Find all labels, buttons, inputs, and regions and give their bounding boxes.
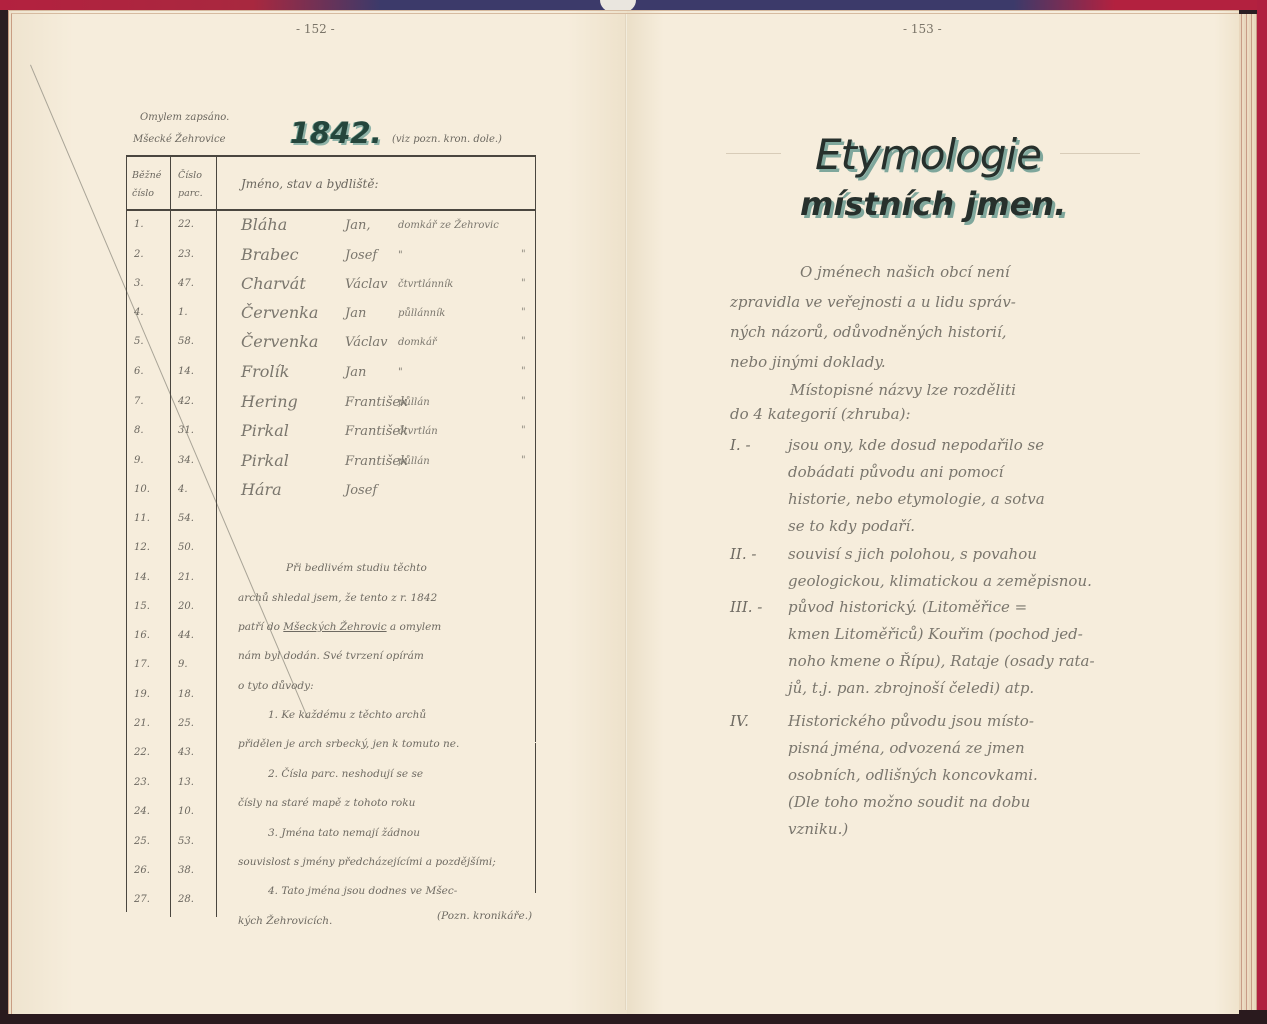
table-row: 6.14.FrolíkJan"" [126,362,536,384]
ditto-mark: " [521,336,526,347]
ditto-mark: " [521,425,526,436]
running-number: 8. [134,425,164,436]
category-line: geologickou, klimatickou a zeměpisnou. [788,572,1092,590]
surname: Bláha [241,215,287,234]
table-row: 5.58.ČervenkaVáclavdomkář" [126,332,536,354]
table-row: 1.22.BláhaJan,domkář ze Žehrovic [126,215,536,237]
intro-line: O jménech našich obcí není [800,263,1010,281]
running-number: 24. [134,806,164,817]
surname: Hára [241,480,282,499]
running-number: 27. [134,894,164,905]
parcel-number: 13. [178,777,208,788]
running-number: 2. [134,249,164,260]
parcel-number: 42. [178,396,208,407]
category-line: se to kdy podaří. [788,517,915,535]
header-running-number: Běžné číslo [132,167,161,203]
category-numeral: IV. [730,712,749,730]
parcel-number: 18. [178,689,208,700]
book-cover-right-edge [1257,0,1267,1024]
given-name: Václav [345,277,387,292]
note-line: kých Žehrovicích. [238,915,332,927]
status: půllán [398,397,430,408]
parcel-number: 58. [178,336,208,347]
underlined-village-name: Mšeckých Žehrovic [283,621,386,633]
category-numeral: III. - [730,598,762,616]
surname: Červenka [241,303,318,322]
surname: Frolík [241,362,289,381]
given-name: Josef [345,483,377,498]
category-line: pisná jména, odvozená ze jmen [788,739,1025,757]
running-number: 19. [134,689,164,700]
status: půllánník [398,308,445,319]
intro-line: Místopisné názvy lze rozděliti [790,381,1016,399]
surname: Pirkal [241,421,289,440]
note-line: 2. Čísla parc. neshodují se se [268,768,423,780]
surname: Hering [241,392,298,411]
note-line: čísly na staré mapě z tohoto roku [238,797,415,809]
running-number: 23. [134,777,164,788]
running-number: 25. [134,836,164,847]
parcel-number: 53. [178,836,208,847]
parcel-number: 20. [178,601,208,612]
header-parcel-number: Číslo parc. [178,167,203,203]
note-line: o tyto důvody: [238,680,314,692]
parcel-number: 50. [178,542,208,553]
parcel-number: 28. [178,894,208,905]
ditto-mark: " [521,278,526,289]
surname: Červenka [241,332,318,351]
table-row: 12.50. [126,538,536,560]
note-line: souvislost s jmény předcházejícími a poz… [238,856,496,868]
running-number: 26. [134,865,164,876]
table-row: 11.54. [126,509,536,531]
intro-line: ných názorů, odůvodněných historií, [730,323,1007,341]
status: čtvrtlán [398,426,438,437]
category-line: noho kmene o Řípu), Rataje (osady rata- [788,652,1095,670]
parcel-number: 14. [178,366,208,377]
table-row: 10.4.HáraJosef [126,480,536,502]
status: domkář ze Žehrovic [398,220,499,231]
parcel-number: 31. [178,425,208,436]
note-line: přidělen je arch srbecký, jen k tomuto n… [238,738,459,750]
note-line: nám byl dodán. Své tvrzení opírám [238,650,424,662]
parcel-number: 4. [178,484,208,495]
note-line: 1. Ke každému z těchto archů [268,709,426,721]
category-line: jsou ony, kde dosud nepodařilo se [788,436,1044,454]
parcel-number: 43. [178,747,208,758]
parcel-number: 34. [178,455,208,466]
category-line: souvisí s jich polohou, s povahou [788,545,1037,563]
surname: Brabec [241,245,299,264]
category-line: Historického původu jsou místo- [788,712,1034,730]
table-row: 19.18. [126,685,536,707]
table-row: 3.47.CharvátVáclavčtvrtlánník" [126,274,536,296]
table-row: 9.34.PirkalFrantišekpůllán" [126,451,536,473]
intro-line: do 4 kategorií (zhruba): [730,405,911,423]
page-subtitle: místních jmen. [800,185,1066,223]
parcel-number: 44. [178,630,208,641]
status: " [398,367,403,378]
ditto-mark: " [521,366,526,377]
parcel-number: 47. [178,278,208,289]
category-line: vzniku.) [788,820,848,838]
left-page-number: - 152 - [296,22,335,36]
running-number: 10. [134,484,164,495]
running-number: 3. [134,278,164,289]
note-line: archů shledal jsem, že tento z r. 1842 [238,592,437,604]
status: domkář [398,337,437,348]
running-number: 4. [134,307,164,318]
running-number: 14. [134,572,164,583]
category-line: jů, t.j. pan. zbrojnoší čeledi) atp. [788,679,1034,697]
category-line: původ historický. (Litoměřice = [788,598,1027,616]
table-row: 8.31.PirkalFrantišekčtvrtlán" [126,421,536,443]
parcel-number: 23. [178,249,208,260]
header-name-status-residence: Jméno, stav a bydliště: [241,175,379,193]
given-name: Jan [345,306,366,321]
table-border-left [126,157,127,912]
right-page-number: - 153 - [903,22,942,36]
running-number: 1. [134,219,164,230]
table-row: 7.42.HeringFrantišekpůllán" [126,392,536,414]
category-numeral: I. - [730,436,751,454]
parcel-number: 9. [178,659,208,670]
parcel-number: 1. [178,307,208,318]
note-line: patří do Mšeckých Žehrovic a omylem [238,621,441,633]
category-line: osobních, odlišných koncovkami. [788,766,1038,784]
page-edges [1239,14,1257,1010]
year-note: (viz pozn. kron. dole.) [392,134,502,145]
note-line: 3. Jména tato nemají žádnou [268,827,420,839]
ditto-mark: " [521,307,526,318]
intro-line: nebo jinými doklady. [730,353,886,371]
margin-note-village: Mšecké Žehrovice [133,134,226,145]
given-name: Václav [345,335,387,350]
status: půllán [398,456,430,467]
category-line: dobádati původu ani pomocí [788,463,1003,481]
running-number: 5. [134,336,164,347]
ditto-mark: " [521,455,526,466]
note-line: Při bedlivém studiu těchto [286,562,427,574]
parcel-number: 22. [178,219,208,230]
table-row: 4.1.ČervenkaJanpůllánník" [126,303,536,325]
bleed-through-line [726,153,781,154]
running-number: 7. [134,396,164,407]
parcel-number: 54. [178,513,208,524]
margin-note-mistake: Omylem zapsáno. [140,112,229,123]
status: čtvrtlánník [398,279,453,290]
ditto-mark: " [521,249,526,260]
parcel-number: 10. [178,806,208,817]
bleed-through-line [1060,153,1140,154]
category-numeral: II. - [730,545,756,563]
given-name: Jan [345,365,366,380]
status: " [398,250,403,261]
running-number: 22. [134,747,164,758]
category-line: (Dle toho možno soudit na dobu [788,793,1030,811]
running-number: 16. [134,630,164,641]
parcel-number: 21. [178,572,208,583]
running-number: 11. [134,513,164,524]
running-number: 21. [134,718,164,729]
running-number: 15. [134,601,164,612]
surname: Pirkal [241,451,289,470]
category-line: kmen Litoměřiců) Kouřim (pochod jed- [788,625,1083,643]
given-name: Josef [345,248,377,263]
page-title: Etymologie [815,130,1041,179]
given-name: Jan, [345,218,370,233]
note-line: 4. Tato jména jsou dodnes ve Mšec- [268,885,457,897]
ditto-mark: " [521,396,526,407]
header-divider [126,209,536,211]
parcel-number: 25. [178,718,208,729]
surname: Charvát [241,274,306,293]
category-line: historie, nebo etymologie, a sotva [788,490,1045,508]
running-number: 17. [134,659,164,670]
running-number: 12. [134,542,164,553]
year-heading: 1842. [290,116,382,150]
running-number: 9. [134,455,164,466]
intro-line: zpravidla ve veřejnosti a u lidu správ- [730,293,1016,311]
parcel-number: 38. [178,865,208,876]
table-row: 2.23.BrabecJosef"" [126,245,536,267]
chronicler-signature: (Pozn. kronikáře.) [437,910,532,922]
running-number: 6. [134,366,164,377]
